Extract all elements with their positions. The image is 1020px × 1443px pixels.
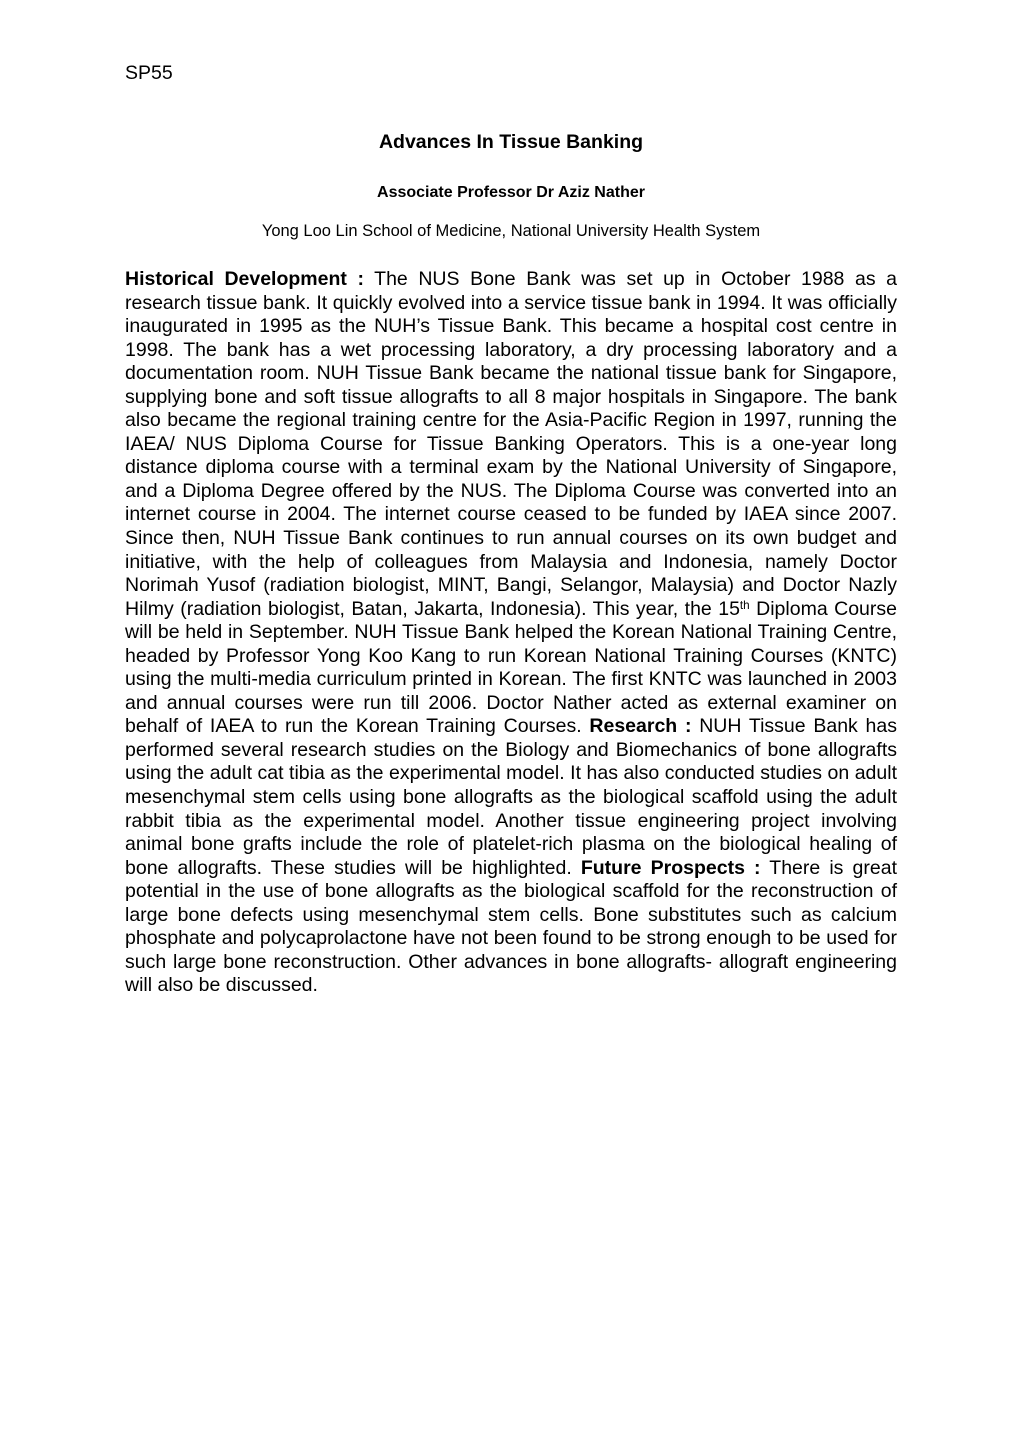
document-affiliation: Yong Loo Lin School of Medicine, Nationa… <box>125 222 897 241</box>
abstract-heading-research: Research : <box>589 715 691 737</box>
document-code: SP55 <box>125 62 897 85</box>
abstract-heading-historical-development: Historical Development : <box>125 268 364 290</box>
document-title: Advances In Tissue Banking <box>125 131 897 154</box>
document-page: SP55 Advances In Tissue Banking Associat… <box>0 0 1020 1443</box>
abstract-text-historical: The NUS Bone Bank was set up in October … <box>125 268 897 620</box>
abstract-heading-future-prospects: Future Prospects : <box>581 857 761 879</box>
abstract-ordinal-superscript: th <box>740 599 750 612</box>
document-author: Associate Professor Dr Aziz Nather <box>125 183 897 202</box>
abstract-paragraph: Historical Development : The NUS Bone Ba… <box>125 268 897 998</box>
abstract-text-research: NUH Tissue Bank has performed several re… <box>125 715 897 878</box>
